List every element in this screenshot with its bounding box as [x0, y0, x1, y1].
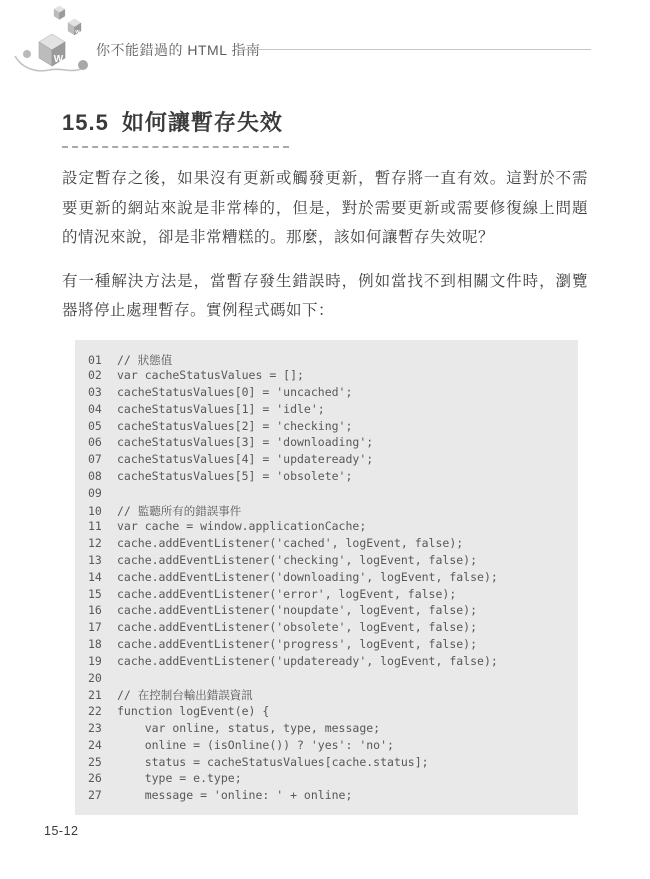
- code-text: cacheStatusValues[5] = 'obsolete';: [117, 469, 352, 483]
- line-number: 27: [88, 788, 108, 802]
- code-text: // 狀態值: [117, 353, 172, 367]
- line-number: 12: [88, 536, 108, 550]
- code-text: function logEvent(e) {: [117, 704, 269, 718]
- line-number: 19: [88, 654, 108, 668]
- code-text: cache.addEventListener('progress', logEv…: [117, 637, 477, 651]
- line-number: 24: [88, 738, 108, 752]
- code-text: type = e.type;: [117, 771, 242, 785]
- code-line: 12cache.addEventListener('cached', logEv…: [88, 536, 570, 553]
- code-text: cacheStatusValues[4] = 'updateready';: [117, 452, 373, 466]
- code-text: cacheStatusValues[0] = 'uncached';: [117, 385, 352, 399]
- line-number: 03: [88, 385, 108, 399]
- small-sphere-icon: [23, 50, 31, 58]
- line-number: 16: [88, 603, 108, 617]
- line-number: 25: [88, 755, 108, 769]
- code-text: cache.addEventListener('cached', logEven…: [117, 536, 463, 550]
- code-text: cacheStatusValues[2] = 'checking';: [117, 419, 352, 433]
- small-cube-icon: w: [68, 19, 81, 35]
- line-number: 26: [88, 771, 108, 785]
- code-line: 14cache.addEventListener('downloading', …: [88, 570, 570, 587]
- code-line: 15cache.addEventListener('error', logEve…: [88, 587, 570, 604]
- svg-text:w: w: [74, 29, 80, 35]
- code-text: message = 'online: ' + online;: [117, 788, 352, 802]
- code-text: cache.addEventListener('updateready', lo…: [117, 654, 498, 668]
- line-number: 01: [88, 353, 108, 367]
- page-header: w W 你不能錯過的 HTML 指南: [0, 0, 650, 90]
- svg-text:W: W: [54, 54, 64, 65]
- line-number: 07: [88, 452, 108, 466]
- code-line: 22function logEvent(e) {: [88, 704, 570, 721]
- code-line: 06cacheStatusValues[3] = 'downloading';: [88, 435, 570, 452]
- line-number: 22: [88, 704, 108, 718]
- code-text: cache.addEventListener('obsolete', logEv…: [117, 620, 477, 634]
- line-number: 21: [88, 688, 108, 702]
- code-text: cacheStatusValues[3] = 'downloading';: [117, 435, 373, 449]
- code-line: 24 online = (isOnline()) ? 'yes': 'no';: [88, 738, 570, 755]
- code-line: 04cacheStatusValues[1] = 'idle';: [88, 402, 570, 419]
- code-text: var online, status, type, message;: [117, 721, 380, 735]
- code-text: cache.addEventListener('noupdate', logEv…: [117, 603, 477, 617]
- code-line: 21// 在控制台輸出錯誤資訊: [88, 687, 570, 704]
- line-number: 13: [88, 553, 108, 567]
- code-line: 09: [88, 486, 570, 503]
- line-number: 14: [88, 570, 108, 584]
- code-line: 10// 監聽所有的錯誤事件: [88, 503, 570, 520]
- section-title: 如何讓暫存失效: [122, 110, 283, 135]
- code-lines: 01// 狀態值02var cacheStatusValues = [];03c…: [88, 352, 570, 806]
- code-line: 13cache.addEventListener('checking', log…: [88, 553, 570, 570]
- line-number: 08: [88, 469, 108, 483]
- page-content: 15.5如何讓暫存失效 設定暫存之後，如果沒有更新或觸發更新，暫存將一直有效。這…: [62, 106, 588, 815]
- small-sphere-icon: [78, 60, 88, 70]
- line-number: 18: [88, 637, 108, 651]
- line-number: 10: [88, 504, 108, 518]
- line-number: 23: [88, 721, 108, 735]
- code-line: 19cache.addEventListener('updateready', …: [88, 654, 570, 671]
- code-text: var cacheStatusValues = [];: [117, 368, 304, 382]
- code-text: // 監聽所有的錯誤事件: [117, 504, 241, 518]
- small-cube-icon: [54, 6, 65, 19]
- line-number: 20: [88, 671, 108, 685]
- code-text: var cache = window.applicationCache;: [117, 519, 366, 533]
- header-rule: [242, 49, 591, 50]
- section-number: 15.5: [62, 110, 109, 135]
- line-number: 05: [88, 419, 108, 433]
- code-line: 23 var online, status, type, message;: [88, 721, 570, 738]
- code-text: // 在控制台輸出錯誤資訊: [117, 688, 253, 702]
- code-line: 08cacheStatusValues[5] = 'obsolete';: [88, 469, 570, 486]
- section-heading: 15.5如何讓暫存失效: [62, 106, 289, 148]
- code-block: 01// 狀態值02var cacheStatusValues = [];03c…: [75, 340, 578, 816]
- line-number: 17: [88, 620, 108, 634]
- line-number: 15: [88, 587, 108, 601]
- line-number: 09: [88, 486, 108, 500]
- code-text: cacheStatusValues[1] = 'idle';: [117, 402, 325, 416]
- code-line: 02var cacheStatusValues = [];: [88, 368, 570, 385]
- big-w-cube-icon: W: [39, 34, 65, 66]
- code-text: online = (isOnline()) ? 'yes': 'no';: [117, 738, 394, 752]
- code-line: 03cacheStatusValues[0] = 'uncached';: [88, 385, 570, 402]
- book-title: 你不能錯過的 HTML 指南: [96, 40, 260, 60]
- code-text: cache.addEventListener('checking', logEv…: [117, 553, 477, 567]
- code-line: 17cache.addEventListener('obsolete', log…: [88, 620, 570, 637]
- book-page: { "header": { "logo_icon": "w-cubes-logo…: [0, 0, 650, 879]
- code-text: cache.addEventListener('error', logEvent…: [117, 587, 456, 601]
- code-line: 18cache.addEventListener('progress', log…: [88, 637, 570, 654]
- line-number: 02: [88, 368, 108, 382]
- page-number: 15-12: [44, 824, 78, 838]
- code-line: 20: [88, 671, 570, 688]
- paragraph-2: 有一種解決方法是，當暫存發生錯誤時，例如當找不到相關文件時，瀏覽器將停止處理暫存…: [62, 267, 588, 326]
- code-line: 25 status = cacheStatusValues[cache.stat…: [88, 755, 570, 772]
- line-number: 06: [88, 435, 108, 449]
- code-line: 05cacheStatusValues[2] = 'checking';: [88, 419, 570, 436]
- code-text: status = cacheStatusValues[cache.status]…: [117, 755, 429, 769]
- code-line: 16cache.addEventListener('noupdate', log…: [88, 603, 570, 620]
- code-text: cache.addEventListener('downloading', lo…: [117, 570, 498, 584]
- w-cubes-logo-icon: w W: [12, 4, 100, 78]
- code-line: 26 type = e.type;: [88, 771, 570, 788]
- code-line: 11var cache = window.applicationCache;: [88, 519, 570, 536]
- code-line: 07cacheStatusValues[4] = 'updateready';: [88, 452, 570, 469]
- line-number: 04: [88, 402, 108, 416]
- paragraph-1: 設定暫存之後，如果沒有更新或觸發更新，暫存將一直有效。這對於不需要更新的網站來說…: [62, 164, 588, 253]
- line-number: 11: [88, 519, 108, 533]
- code-line: 27 message = 'online: ' + online;: [88, 788, 570, 805]
- code-line: 01// 狀態值: [88, 352, 570, 369]
